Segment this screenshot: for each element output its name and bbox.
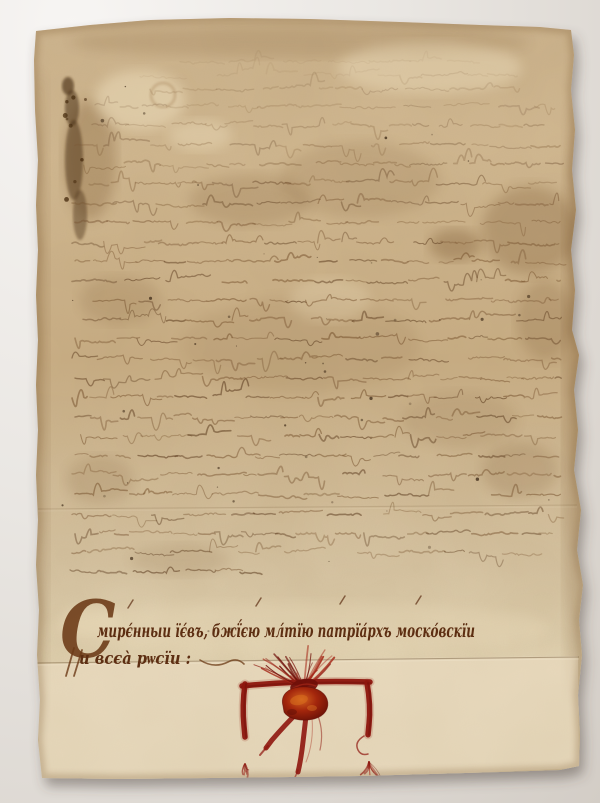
signature-line-1: мирє́нныи їє́въ, бжї́єю мл́тїю патрїа́рх…: [97, 621, 475, 642]
charter-photograph: С мирє́нныи їє́въ, бжї́єю мл́тїю патрїа́…: [0, 0, 600, 803]
parchment-surface: С мирє́нныи їє́въ, бжї́єю мл́тїю патрїа́…: [0, 0, 600, 803]
photo-background: С мирє́нныи їє́въ, бжї́єю мл́тїю патрїа́…: [0, 0, 600, 803]
signature-line-2: и всєа̀ рѡсїи :: [79, 649, 191, 668]
